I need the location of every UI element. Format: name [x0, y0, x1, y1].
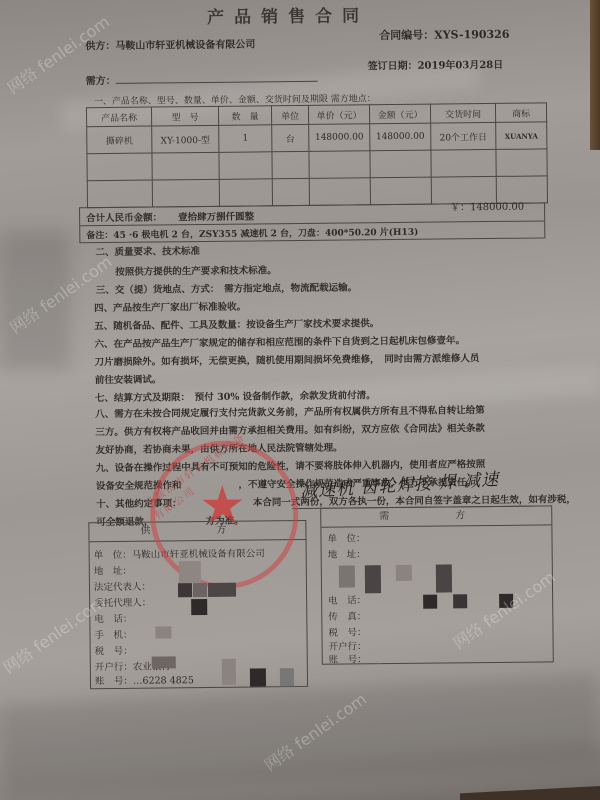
- privacy-mosaic: [396, 565, 412, 581]
- clause: 八、需方在未按合同规定履行支付完货款义务前，产品所有权属供方所有且不得私自转让给…: [95, 402, 485, 420]
- supplier-field: 手 机：: [94, 627, 132, 641]
- supplier-line: 供方：马鞍山市轩亚机械设备有限公司: [85, 35, 255, 52]
- cell: [87, 153, 152, 181]
- document-title: 产品销售合同: [207, 1, 369, 28]
- privacy-mosaic: [365, 565, 381, 593]
- cell-brand: XUANYA: [496, 122, 547, 150]
- header-cell: 单位: [271, 105, 308, 124]
- cell: [431, 149, 496, 177]
- buyer-name: [116, 81, 318, 84]
- supplier-name: 马鞍山市轩亚机械设备有限公司: [115, 39, 255, 51]
- privacy-mosaic: [155, 626, 171, 638]
- buyer-label: 需方：: [86, 76, 116, 87]
- privacy-mosaic: [280, 668, 294, 686]
- contract-no-label: 合同编号：: [379, 29, 434, 43]
- privacy-mosaic: [152, 656, 176, 668]
- cell-quantity: 1: [219, 125, 272, 153]
- buyer-block-header: 需 方: [321, 506, 551, 527]
- total-row: 合计人民币金额： 壹拾肆万捌仟圆整 ￥：148000.00: [80, 203, 544, 226]
- clause: 四、产品按生产厂家出厂标准验收。: [94, 299, 246, 315]
- cell: [152, 179, 219, 207]
- cell: [309, 178, 370, 206]
- contract-document: 产品销售合同 供方：马鞍山市轩亚机械设备有限公司 合同编号：XYS-190326…: [0, 0, 600, 800]
- header-cell: 单价（元）: [308, 105, 369, 125]
- clause: 二、质量要求、技术标准: [95, 243, 200, 258]
- total-amount: ￥：148000.00: [450, 198, 524, 214]
- remark: 备注：45 ·6 极电机 2 台，ZSY355 减速机 2 台，刀盘：400*5…: [86, 225, 418, 241]
- privacy-mosaic: [178, 583, 192, 597]
- contract-number: 合同编号：XYS-190326: [379, 26, 509, 43]
- supplier-field: 法定代表人：: [94, 579, 151, 594]
- clause: 七、结算方式及期限： 预付 30% 设备制作款，余款发货前付清。: [95, 387, 376, 404]
- cell: [370, 150, 431, 178]
- clause: 按照供方提供的生产要求和技术标准。: [106, 262, 277, 278]
- buyer-field: 税 号：: [328, 624, 366, 638]
- cell: [272, 178, 309, 205]
- items-table: 产品名称 型 号 数 量 单位 单价（元） 金额（元） 交货时间 商标 撕碎机 …: [86, 102, 548, 208]
- supplier-field: 地 址：: [94, 563, 132, 577]
- clause: 三方。供方有权将产品收回并由需方承担相关费用。如有纠纷，双方应依《合同法》相关条…: [95, 420, 485, 438]
- privacy-mosaic: [423, 595, 437, 609]
- cell: [272, 151, 309, 178]
- supplier-field: 税 号：: [95, 643, 133, 657]
- buyer-line: 需方：: [86, 70, 318, 87]
- sign-date-value: 2019年03月28日: [418, 60, 504, 72]
- clause: 刀片磨损除外。如有损坏，无偿更换，随机使用期间损坏免费维修， 同时由需方派维修人…: [95, 350, 480, 368]
- cell-delivery: 20个工作日: [431, 122, 496, 150]
- cell: [496, 149, 547, 177]
- total-box: 合计人民币金额： 壹拾肆万捌仟圆整 ￥：148000.00 备注：45 ·6 极…: [79, 202, 545, 243]
- star-icon: ★: [199, 480, 246, 532]
- privacy-mosaic: [208, 583, 236, 597]
- buyer-field: 单 位：: [327, 530, 365, 544]
- cell: [219, 179, 272, 207]
- clause: 六、在产品按产品生产厂家规定的储存和相应范围的条件下自货到之日起机床包修壹年。: [94, 332, 465, 350]
- header-cell: 型 号: [151, 106, 218, 126]
- clause: 前往安装调试。: [95, 371, 162, 386]
- privacy-mosaic: [250, 668, 266, 686]
- sign-date-label: 签订日期：: [368, 61, 418, 73]
- cell-unit: 台: [272, 124, 309, 151]
- buyer-field: 传 真：: [328, 608, 366, 622]
- privacy-mosaic: [436, 564, 452, 592]
- contract-no-value: XYS-190326: [434, 28, 509, 42]
- header-cell: 金额（元）: [369, 104, 430, 124]
- cell-product: 撕碎机: [87, 126, 152, 154]
- header-cell: 商标: [495, 103, 546, 123]
- clause: 三、交（提）货地点、方式： 需方指定地点，物流配载运输。: [96, 279, 357, 296]
- cell-model: XY-1000-型: [152, 125, 219, 153]
- company-seal: 马鞍山市轩亚机械设备有限公司 ★: [149, 440, 299, 590]
- header-cell: 产品名称: [86, 107, 151, 127]
- header-cell: 交货时间: [430, 103, 495, 123]
- cell: [370, 177, 431, 205]
- cell: [152, 152, 219, 180]
- privacy-mosaic: [453, 594, 467, 608]
- total-label: 合计人民币金额：: [86, 209, 162, 224]
- buyer-field: 电 话：: [328, 592, 366, 606]
- privacy-mosaic: [191, 599, 207, 615]
- supplier-field: 账 号：…6228 4825: [95, 672, 194, 687]
- buyer-field: 账 号：: [329, 651, 367, 665]
- total-words: 壹拾肆万捌仟圆整: [178, 208, 254, 223]
- cell-unit-price: 148000.00: [309, 124, 370, 152]
- cell-amount: 148000.00: [370, 123, 431, 151]
- privacy-mosaic: [339, 565, 355, 587]
- header-cell: 数 量: [218, 106, 271, 126]
- privacy-mosaic: [179, 561, 201, 583]
- privacy-mosaic: [222, 659, 236, 685]
- cell: [87, 180, 152, 208]
- cell: [309, 151, 370, 179]
- buyer-field: 地 址：: [328, 546, 366, 560]
- privacy-mosaic: [193, 583, 207, 597]
- watermark: 网络 fenlei.com: [259, 687, 371, 776]
- cell: [219, 152, 272, 180]
- sign-date: 签订日期：2019年03月28日: [367, 56, 503, 72]
- clause: 五、随机备品、配件、工具及数量：按设备生产厂家技术要求提供。: [94, 315, 379, 332]
